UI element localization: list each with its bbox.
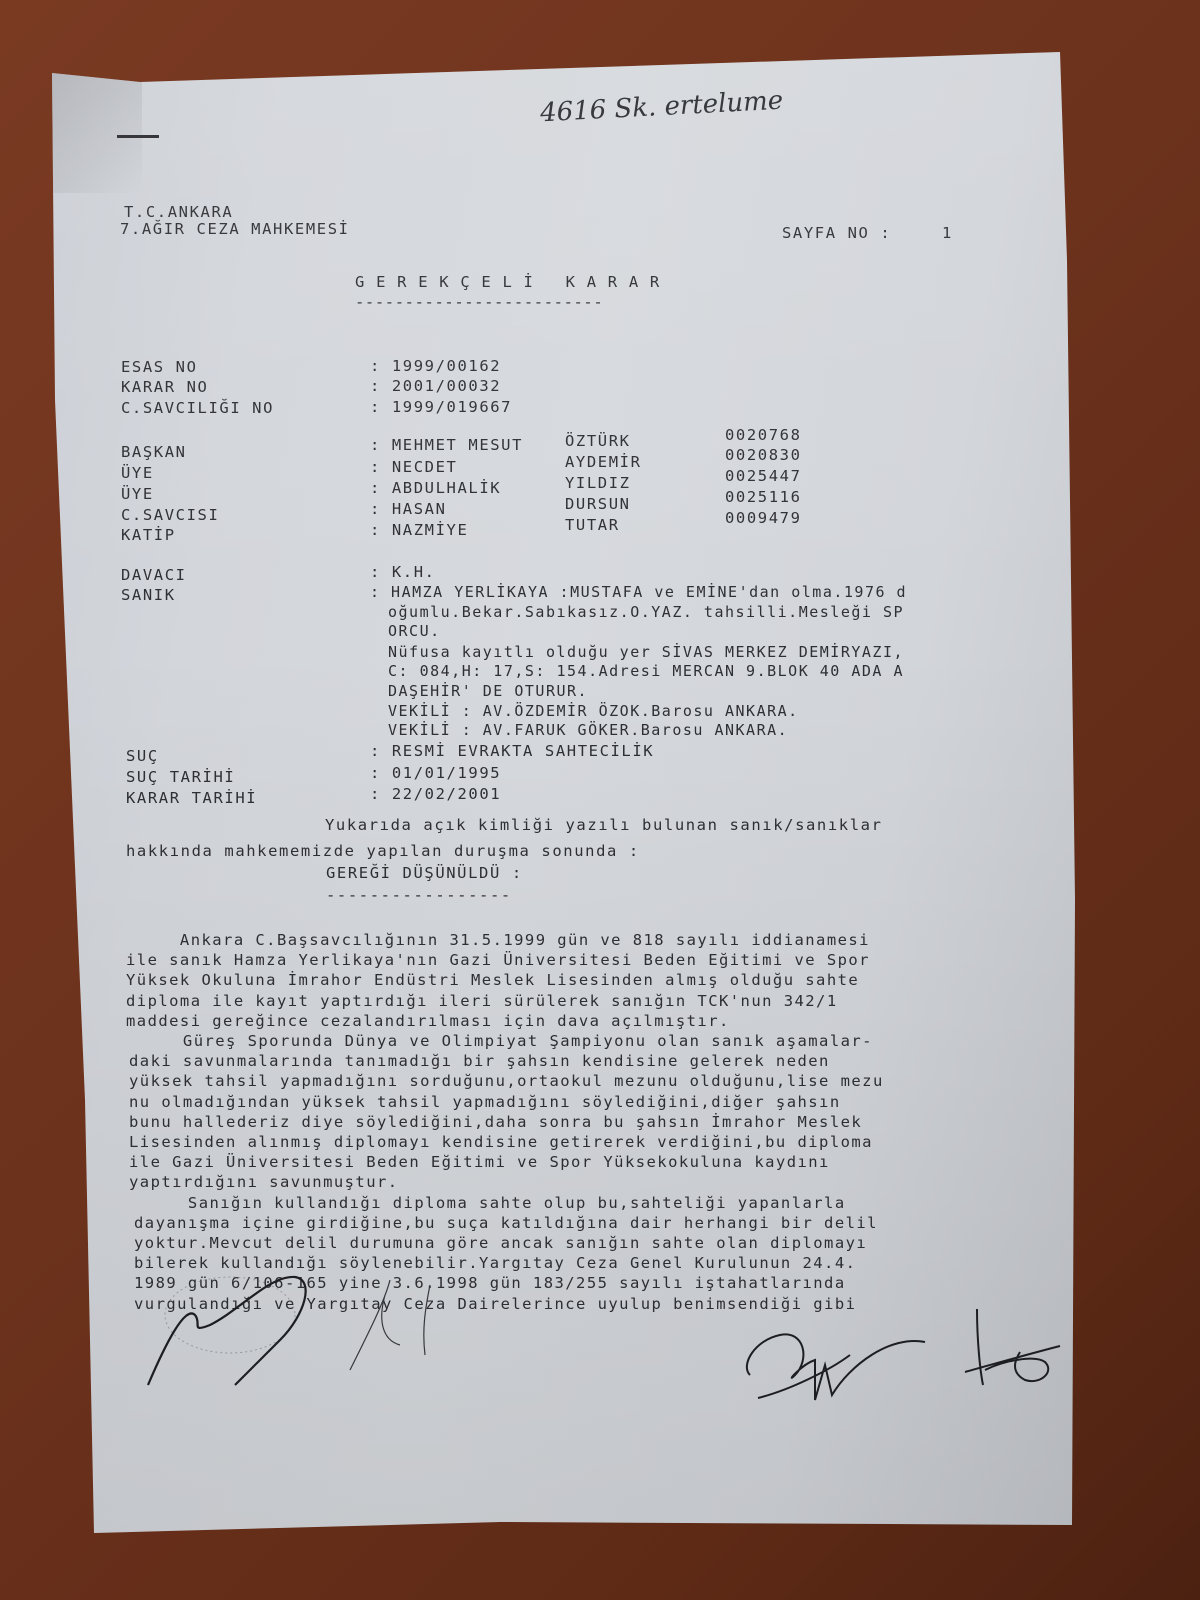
page-number: 1 xyxy=(942,226,953,242)
body-line: Sanığın kullandığı diploma sahte olup bu… xyxy=(134,1196,846,1212)
body-line: nu olmadığından yüksek tahsil yapmadığın… xyxy=(129,1095,841,1111)
panel-first-name: : ABDULHALİK xyxy=(370,481,501,497)
panel-role: ÜYE xyxy=(121,466,154,482)
intro-line: hakkında mahkememizde yapılan duruşma so… xyxy=(126,844,640,860)
body-line: Güreş Sporunda Dünya ve Olimpiyat Şampiy… xyxy=(129,1034,873,1050)
offense-value: : 22/02/2001 xyxy=(370,787,501,803)
body-line: bunu hallederiz diye söylediğini,daha so… xyxy=(129,1115,862,1131)
panel-last-name: AYDEMİR xyxy=(565,455,642,471)
judge-signature xyxy=(740,1320,940,1410)
davaci-label: DAVACI xyxy=(121,568,187,584)
case-label: C.SAVCILIĞI NO xyxy=(121,401,274,417)
sanik-line: Nüfusa kayıtlı olduğu yer SİVAS MERKEZ D… xyxy=(388,645,904,660)
sanik-line: : HAMZA YERLİKAYA :MUSTAFA ve EMİNE'dan … xyxy=(370,585,907,600)
body-line: 1989 gün 6/106-165 yine 3.6.1998 gün 183… xyxy=(134,1276,846,1292)
offense-value: : 01/01/1995 xyxy=(370,766,501,782)
body-line: yoktur.Mevcut delil durumuna göre ancak … xyxy=(134,1236,867,1252)
body-line: dayanışma içine girdiğine,bu suça katıld… xyxy=(134,1216,878,1232)
body-line: Yüksek Okuluna İmrahor Endüstri Meslek L… xyxy=(126,973,859,989)
panel-last-name: DURSUN xyxy=(565,497,631,513)
panel-sicil: 0025447 xyxy=(725,469,802,485)
member-signature xyxy=(330,1260,470,1380)
case-label: KARAR NO xyxy=(121,380,208,396)
sanik-line: VEKİLİ : AV.FARUK GÖKER.Barosu ANKARA. xyxy=(388,723,788,738)
court-seal-signature xyxy=(130,1255,330,1395)
body-line: ile sanık Hamza Yerlikaya'nın Gazi Ünive… xyxy=(126,953,870,969)
panel-sicil: 0020830 xyxy=(725,448,802,464)
body-line: yaptırdığını savunmuştur. xyxy=(129,1175,399,1191)
court-name: 7.AĞIR CEZA MAHKEMESİ xyxy=(120,222,350,238)
sanik-line: C: 084,H: 17,S: 154.Adresi MERCAN 9.BLOK… xyxy=(388,664,904,679)
pen-mark xyxy=(117,135,159,138)
offense-label: KARAR TARİHİ xyxy=(126,791,257,807)
court-city: T.C.ANKARA xyxy=(124,205,233,221)
offense-label: SUÇ TARİHİ xyxy=(126,770,235,786)
panel-role: KATİP xyxy=(121,528,176,544)
case-value: : 1999/00162 xyxy=(370,359,501,375)
clerk-signature xyxy=(965,1300,1075,1390)
body-line: ile Gazi Üniversitesi Beden Eğitimi ve S… xyxy=(129,1155,830,1171)
handwritten-note: 4616 Sk. ertelume xyxy=(539,86,784,129)
panel-sicil: 0020768 xyxy=(725,428,802,444)
panel-sicil: 0025116 xyxy=(725,490,802,506)
sanik-line: VEKİLİ : AV.ÖZDEMİR ÖZOK.Barosu ANKARA. xyxy=(388,704,799,719)
title-underline: ------------------------- xyxy=(355,295,603,311)
body-line: Lisesinden alınmış diplomayı kendisine g… xyxy=(129,1135,873,1151)
document-page: 4616 Sk. ertelume T.C.ANKARA 7.AĞIR CEZA… xyxy=(0,0,1200,1600)
body-line: maddesi gereğince cezalandırılması için … xyxy=(126,1014,730,1030)
case-label: ESAS NO xyxy=(121,360,198,376)
panel-sicil: 0009479 xyxy=(725,511,802,527)
body-line: bilerek kullandığı söylenebilir.Yargıtay… xyxy=(134,1256,856,1272)
body-line: vurgulandığı ve Yargıtay Ceza Dairelerin… xyxy=(134,1297,856,1313)
panel-first-name: : MEHMET MESUT xyxy=(370,438,523,454)
case-value: : 1999/019667 xyxy=(370,400,512,416)
panel-first-name: : NAZMİYE xyxy=(370,523,468,539)
document-title: G E R E K Ç E L İ K A R A R xyxy=(355,275,660,291)
sanik-line: DAŞEHİR' DE OTURUR. xyxy=(388,684,588,699)
panel-role: BAŞKAN xyxy=(121,445,187,461)
panel-first-name: : NECDET xyxy=(370,460,457,476)
body-line: diploma ile kayıt yaptırdığı ileri sürül… xyxy=(126,994,838,1010)
decision-heading-underline: ----------------- xyxy=(326,888,512,904)
panel-role: C.SAVCISI xyxy=(121,508,219,524)
case-value: : 2001/00032 xyxy=(370,379,501,395)
decision-heading: GEREĞİ DÜŞÜNÜLDÜ : xyxy=(326,866,523,882)
body-line: yüksek tahsil yapmadığını sorduğunu,orta… xyxy=(129,1074,884,1090)
panel-last-name: YILDIZ xyxy=(565,476,631,492)
sanik-line: ORCU. xyxy=(388,624,441,639)
intro-line: Yukarıda açık kimliği yazılı bulunan san… xyxy=(325,818,883,834)
folded-corner xyxy=(52,73,142,193)
panel-role: ÜYE xyxy=(121,487,154,503)
sanik-line: oğumlu.Bekar.Sabıkasız.O.YAZ. tahsilli.M… xyxy=(388,605,904,620)
offense-value: : RESMİ EVRAKTA SAHTECİLİK xyxy=(370,744,654,760)
body-line: daki savunmalarında tanımadığı bir şahsı… xyxy=(129,1054,830,1070)
panel-last-name: TUTAR xyxy=(565,518,620,534)
davaci-value: : K.H. xyxy=(370,565,436,581)
panel-last-name: ÖZTÜRK xyxy=(565,434,631,450)
page-label: SAYFA NO : xyxy=(782,226,891,242)
body-line: Ankara C.Başsavcılığının 31.5.1999 gün v… xyxy=(126,933,870,949)
sanik-label: SANIK xyxy=(121,588,176,604)
panel-first-name: : HASAN xyxy=(370,502,447,518)
offense-label: SUÇ xyxy=(126,749,159,765)
